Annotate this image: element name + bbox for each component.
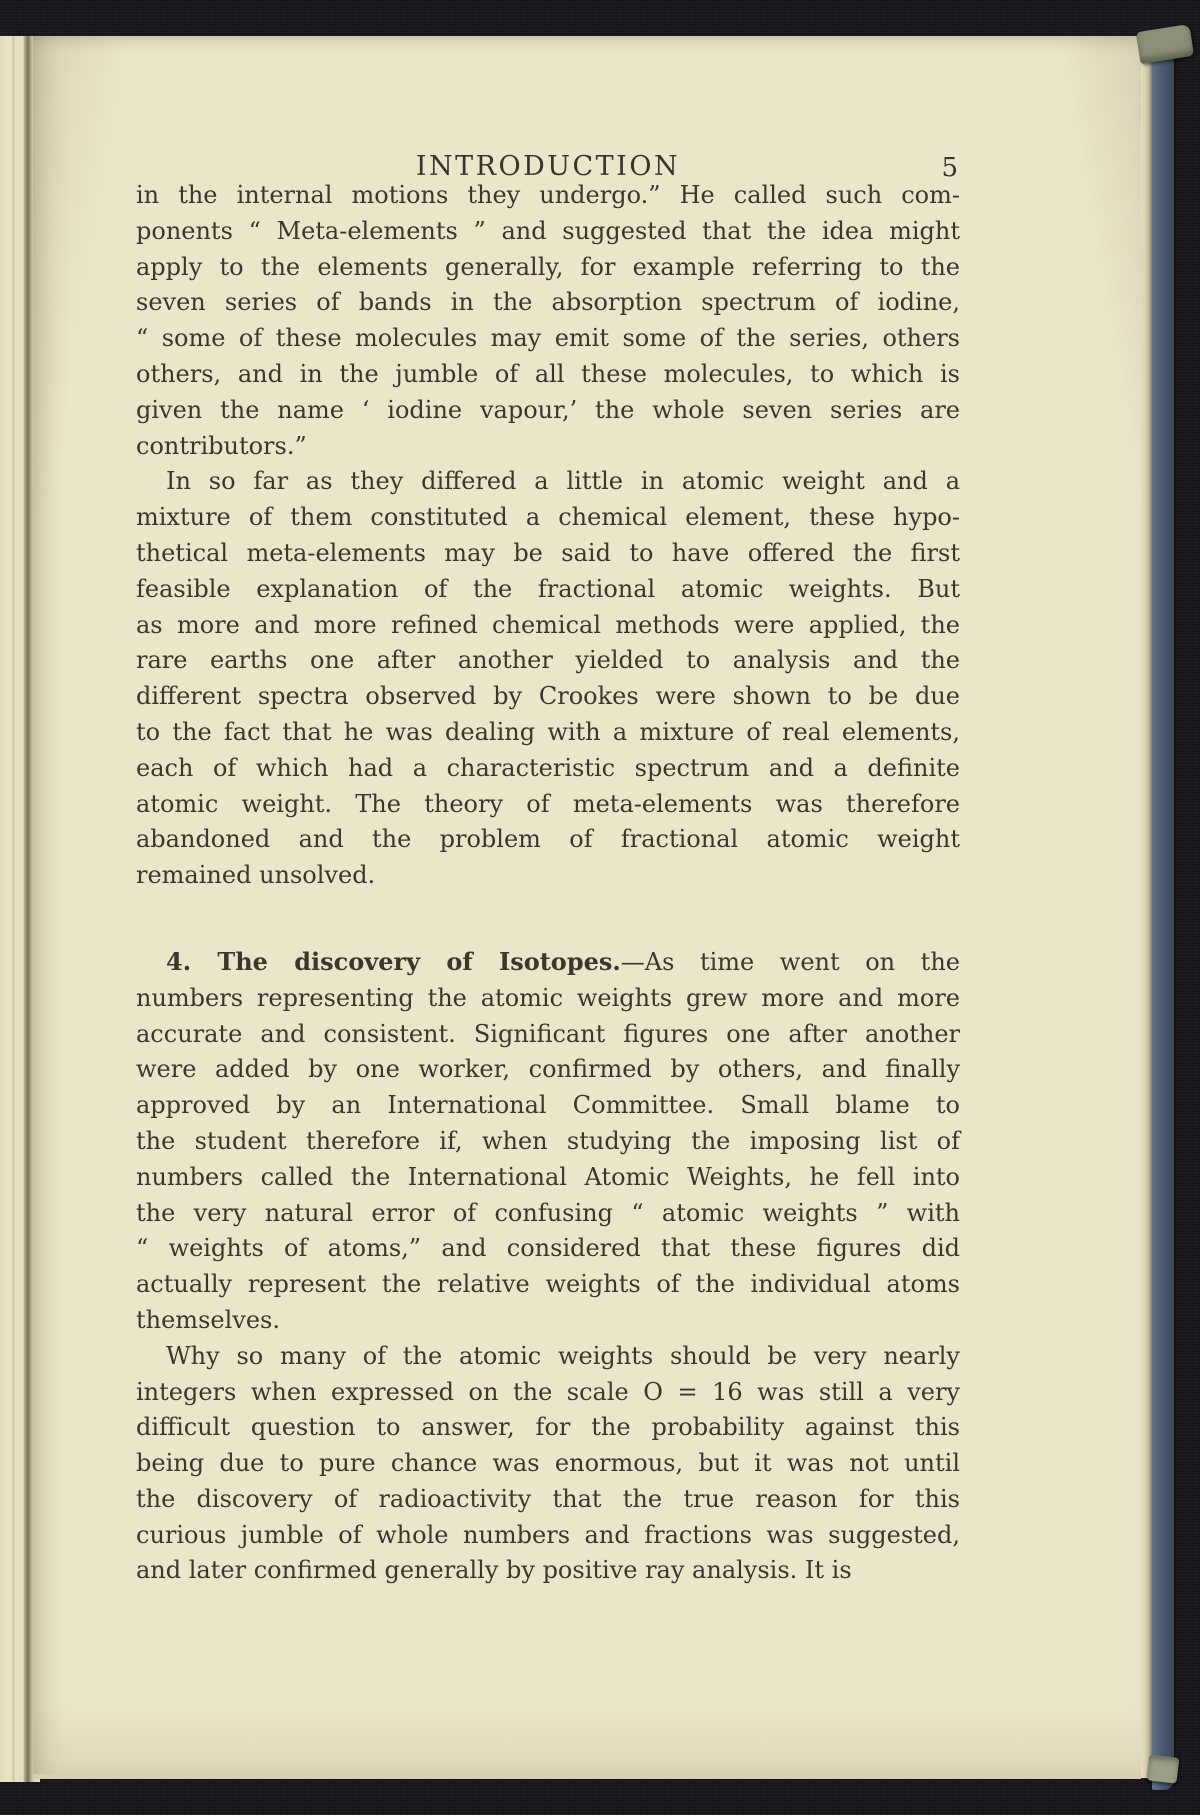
section-heading: 4. The discovery of Isotopes. [166,947,621,976]
paragraph: in the internal motions they undergo.” H… [136,178,960,464]
text-line: actually represent the relative weights … [136,1267,960,1303]
text-line: thetical meta-elements may be said to ha… [136,536,960,572]
text-line: different spectra observed by Crookes we… [136,679,960,715]
text-line: remained unsolved. [136,858,960,894]
text-line: and later confirmed generally by positiv… [136,1553,960,1589]
text-line: given the name ‘ iodine vapour,’ the who… [136,393,960,429]
text-line: others, and in the jumble of all these m… [136,357,960,393]
book-scan-photo: INTRODUCTION 5 in the internal motions t… [0,0,1200,1815]
headband-top [1136,24,1194,64]
text-line: approved by an International Committee. … [136,1088,960,1124]
text-line: abandoned and the problem of fractional … [136,822,960,858]
text-line: “ some of these molecules may emit some … [136,321,960,357]
text-line: contributors.” [136,429,960,465]
text-line: as more and more refined chemical method… [136,608,960,644]
text-line: were added by one worker, confirmed by o… [136,1052,960,1088]
text-line: the discovery of radioactivity that the … [136,1482,960,1518]
text-line: themselves. [136,1303,960,1339]
text-line: ponents “ Meta-elements ” and suggested … [136,214,960,250]
text-line: 4. The discovery of Isotopes.—As time we… [136,944,960,981]
text-line: the student therefore if, when studying … [136,1124,960,1160]
paragraph: 4. The discovery of Isotopes.—As time we… [136,944,960,1339]
text-line: to the fact that he was dealing with a m… [136,715,960,751]
text-line: apply to the elements generally, for exa… [136,250,960,286]
text-line: numbers representing the atomic weights … [136,981,960,1017]
text-line: curious jumble of whole numbers and frac… [136,1518,960,1554]
text-line: integers when expressed on the scale O =… [136,1375,960,1411]
text-body: in the internal motions they undergo.” H… [136,178,960,1589]
text-line: numbers called the International Atomic … [136,1160,960,1196]
book-page: INTRODUCTION 5 in the internal motions t… [33,36,1141,1779]
text-line: difficult question to answer, for the pr… [136,1410,960,1446]
text-line: accurate and consistent. Significant fig… [136,1017,960,1053]
headband-bottom [1147,1754,1180,1783]
text-line: rare earths one after another yielded to… [136,643,960,679]
page-edge-stack-right [1141,50,1152,1778]
text-line: atomic weight. The theory of meta-elemen… [136,787,960,823]
text-line: seven series of bands in the absorption … [136,285,960,321]
text-line: Why so many of the atomic weights should… [136,1339,960,1375]
text-line: mixture of them constituted a chemical e… [136,500,960,536]
text-line: each of which had a characteristic spect… [136,751,960,787]
text-line: being due to pure chance was enormous, b… [136,1446,960,1482]
text-line: In so far as they differed a little in a… [136,464,960,500]
text-line: in the internal motions they undergo.” H… [136,178,960,214]
book-cover-edge [1152,42,1174,1790]
text-line: “ weights of atoms,” and considered that… [136,1231,960,1267]
text-line: the very natural error of confusing “ at… [136,1196,960,1232]
paragraph: In so far as they differed a little in a… [136,464,960,894]
paragraph: Why so many of the atomic weights should… [136,1339,960,1590]
text-line: feasible explanation of the fractional a… [136,572,960,608]
